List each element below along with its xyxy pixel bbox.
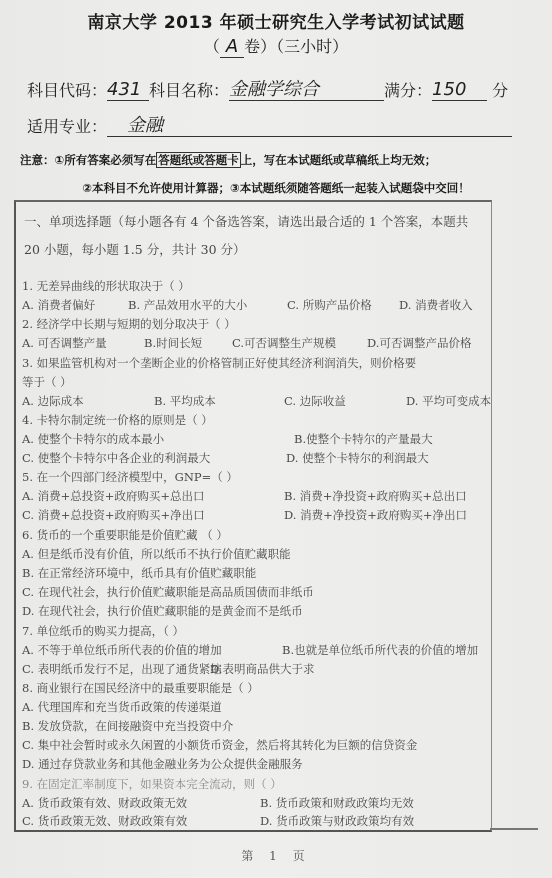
notice-item1-post: 上，写在本试题纸或草稿纸上均无效；	[241, 153, 437, 167]
question-2-option-a: A. 可否调整产量	[22, 334, 107, 352]
question-4-option-a: A. 使整个卡特尔的成本最小	[22, 430, 164, 448]
full-score-value: 150	[432, 80, 487, 101]
question-1-option-b: B. 产品效用水平的大小	[128, 296, 247, 314]
question-8-option-b: B. 发放贷款，在间接融资中充当投资中介	[22, 717, 492, 735]
question-9-option-d: D. 货币政策与财政政策均有效	[260, 812, 414, 830]
question-7-option-a: A. 不等于单位纸币所代表的价值的增加	[22, 641, 222, 659]
footer-rule	[490, 828, 538, 830]
question-3-option-a: A. 边际成本	[22, 392, 84, 410]
question-5-options-row2: C. 消费+总投资+政府购买+净出口 D. 消费+净投资+政府购买+净出口	[22, 506, 492, 524]
question-5-stem: 5. 在一个四部门经济模型中，GNP=（ ）	[22, 468, 492, 486]
question-7-option-d: D.表明商品供大于求	[210, 660, 314, 678]
paper-version: A	[220, 36, 244, 58]
question-8-option-a: A. 代理国库和充当货币政策的传递渠道	[22, 698, 492, 716]
question-7-stem: 7. 单位纸币的购买力提高，（ ）	[22, 622, 492, 640]
question-3-stem: 3. 如果监管机构对一个垄断企业的价格管制正好使其经济利润消失，则价格要	[22, 354, 492, 372]
notice-line-1: 注意：①所有答案必须写在答题纸或答题卡上，写在本试题纸或草稿纸上均无效；	[20, 152, 436, 168]
question-6-stem: 6. 货币的一个重要职能是价值贮藏 （ ）	[22, 526, 492, 544]
question-8-option-c: C. 集中社会暂时或永久闲置的小额货币资金，然后将其转化为巨额的信贷资金	[22, 736, 492, 754]
subject-code-value: 431	[107, 80, 149, 101]
question-4-option-c: C. 使整个卡特尔中各企业的利润最大	[22, 449, 210, 467]
question-3-options: A. 边际成本 B. 平均成本 C. 边际收益 D. 平均可变成本	[22, 392, 492, 410]
question-1-option-a: A. 消费者偏好	[22, 296, 95, 314]
subject-info-row: 科目代码：431科目名称：金融学综合满分：150 分	[27, 78, 508, 101]
question-4-option-d: D. 使整个卡特尔的利润最大	[286, 449, 429, 467]
question-8-stem: 8. 商业银行在国民经济中的最重要职能是（ ）	[22, 679, 492, 697]
question-6-option-b: B. 在正常经济环境中，纸币具有价值贮藏职能	[22, 564, 492, 582]
notice-label: 注意：	[20, 153, 55, 167]
question-9-option-b: B. 货币政策和财政政策均无效	[260, 794, 414, 812]
question-7-option-c: C. 表明纸币发行不足，出现了通货紧缩	[22, 660, 222, 678]
full-score-label: 满分：	[384, 78, 432, 101]
question-2-stem: 2. 经济学中长期与短期的划分取决于（ ）	[22, 315, 492, 333]
question-5-option-c: C. 消费+总投资+政府购买+净出口	[22, 506, 205, 524]
exam-subtitle: （A卷）（三小时）	[0, 34, 552, 57]
question-7-option-b: B.也就是单位纸币所代表的价值的增加	[282, 641, 478, 659]
question-4-options-row2: C. 使整个卡特尔中各企业的利润最大 D. 使整个卡特尔的利润最大	[22, 449, 492, 467]
question-5-option-a: A. 消费+总投资+政府购买+总出口	[22, 487, 205, 505]
exam-title: 南京大学 2013 年硕士研究生入学考试初试试题	[0, 8, 552, 33]
question-2-option-c: C.可否调整生产规模	[232, 334, 336, 352]
question-9-stem: 9. 在固定汇率制度下，如果资本完全流动，则（ ）	[22, 775, 492, 793]
question-9-options-row2: C. 货币政策无效、财政政策有效 D. 货币政策与财政政策均有效	[22, 812, 492, 830]
major-value: 金融	[107, 116, 512, 137]
question-3-option-b: B. 平均成本	[154, 392, 216, 410]
question-7-options-row2: C. 表明纸币发行不足，出现了通货紧缩 D.表明商品供大于求	[22, 660, 492, 678]
major-row: 适用专业：金融	[27, 114, 512, 137]
question-6-option-d: D. 在现代社会，执行价值贮藏职能的是黄金而不是纸币	[22, 602, 492, 620]
question-3-option-d: D. 平均可变成本	[406, 392, 491, 410]
question-1-option-d: D. 消费者收入	[399, 296, 473, 314]
question-4-stem: 4. 卡特尔制定统一价格的原则是（ ）	[22, 411, 492, 429]
subject-code-label: 科目代码：	[27, 78, 107, 101]
notice-line-2: ②本科目不允许使用计算器；③本试题纸须随答题纸一起装入试题袋中交回！	[0, 180, 552, 196]
subject-name-value: 金融学综合	[229, 80, 384, 101]
question-1-option-c: C. 所购产品价格	[287, 296, 372, 314]
question-1-options: A. 消费者偏好 B. 产品效用水平的大小 C. 所购产品价格 D. 消费者收入	[22, 296, 492, 314]
question-9-option-a: A. 货币政策有效、财政政策无效	[22, 794, 187, 812]
exam-page: 南京大学 2013 年硕士研究生入学考试初试试题 （A卷）（三小时） 科目代码：…	[0, 0, 552, 878]
subject-name-label: 科目名称：	[149, 78, 229, 101]
question-9-options-row1: A. 货币政策有效、财政政策无效 B. 货币政策和财政政策均无效	[22, 794, 492, 812]
question-5-option-b: B. 消费+净投资+政府购买+总出口	[284, 487, 467, 505]
question-1-stem: 1. 无差异曲线的形状取决于（ ）	[22, 277, 492, 295]
question-4-options-row1: A. 使整个卡特尔的成本最小 B.使整个卡特尔的产量最大	[22, 430, 492, 448]
question-6-option-c: C. 在现代社会，执行价值贮藏职能是高品质国债而非纸币	[22, 583, 492, 601]
question-2-options: A. 可否调整产量 B.时间长短 C.可否调整生产规模 D.可否调整产品价格	[22, 334, 492, 352]
question-5-option-d: D. 消费+净投资+政府购买+净出口	[284, 506, 467, 524]
question-9-option-c: C. 货币政策无效、财政政策有效	[22, 812, 187, 830]
score-unit: 分	[492, 78, 508, 101]
paper-prefix: （	[204, 37, 220, 56]
page-number: 第 1 页	[0, 847, 552, 864]
question-8-option-d: D. 通过存贷款业务和其他金融业务为公众提供金融服务	[22, 755, 492, 773]
question-7-options-row1: A. 不等于单位纸币所代表的价值的增加 B.也就是单位纸币所代表的价值的增加	[22, 641, 492, 659]
question-3-stem-cont: 等于（ ）	[22, 373, 492, 391]
question-5-options-row1: A. 消费+总投资+政府购买+总出口 B. 消费+净投资+政府购买+总出口	[22, 487, 492, 505]
question-6-option-a: A. 但是纸币没有价值，所以纸币不执行价值贮藏职能	[22, 545, 492, 563]
major-label: 适用专业：	[27, 114, 107, 137]
question-2-option-d: D.可否调整产品价格	[367, 334, 471, 352]
section-heading: 一、单项选择题（每小题各有 4 个备选答案，请选出最合适的 1 个答案，本题共 …	[24, 208, 482, 264]
notice-item1-pre: ①所有答案必须写在	[55, 153, 157, 167]
question-3-option-c: C. 边际收益	[284, 392, 346, 410]
notice-item1-boxed: 答题纸或答题卡	[156, 152, 241, 168]
question-2-option-b: B.时间长短	[144, 334, 202, 352]
question-4-option-b: B.使整个卡特尔的产量最大	[294, 430, 433, 448]
paper-suffix: 卷）（三小时）	[244, 37, 348, 56]
